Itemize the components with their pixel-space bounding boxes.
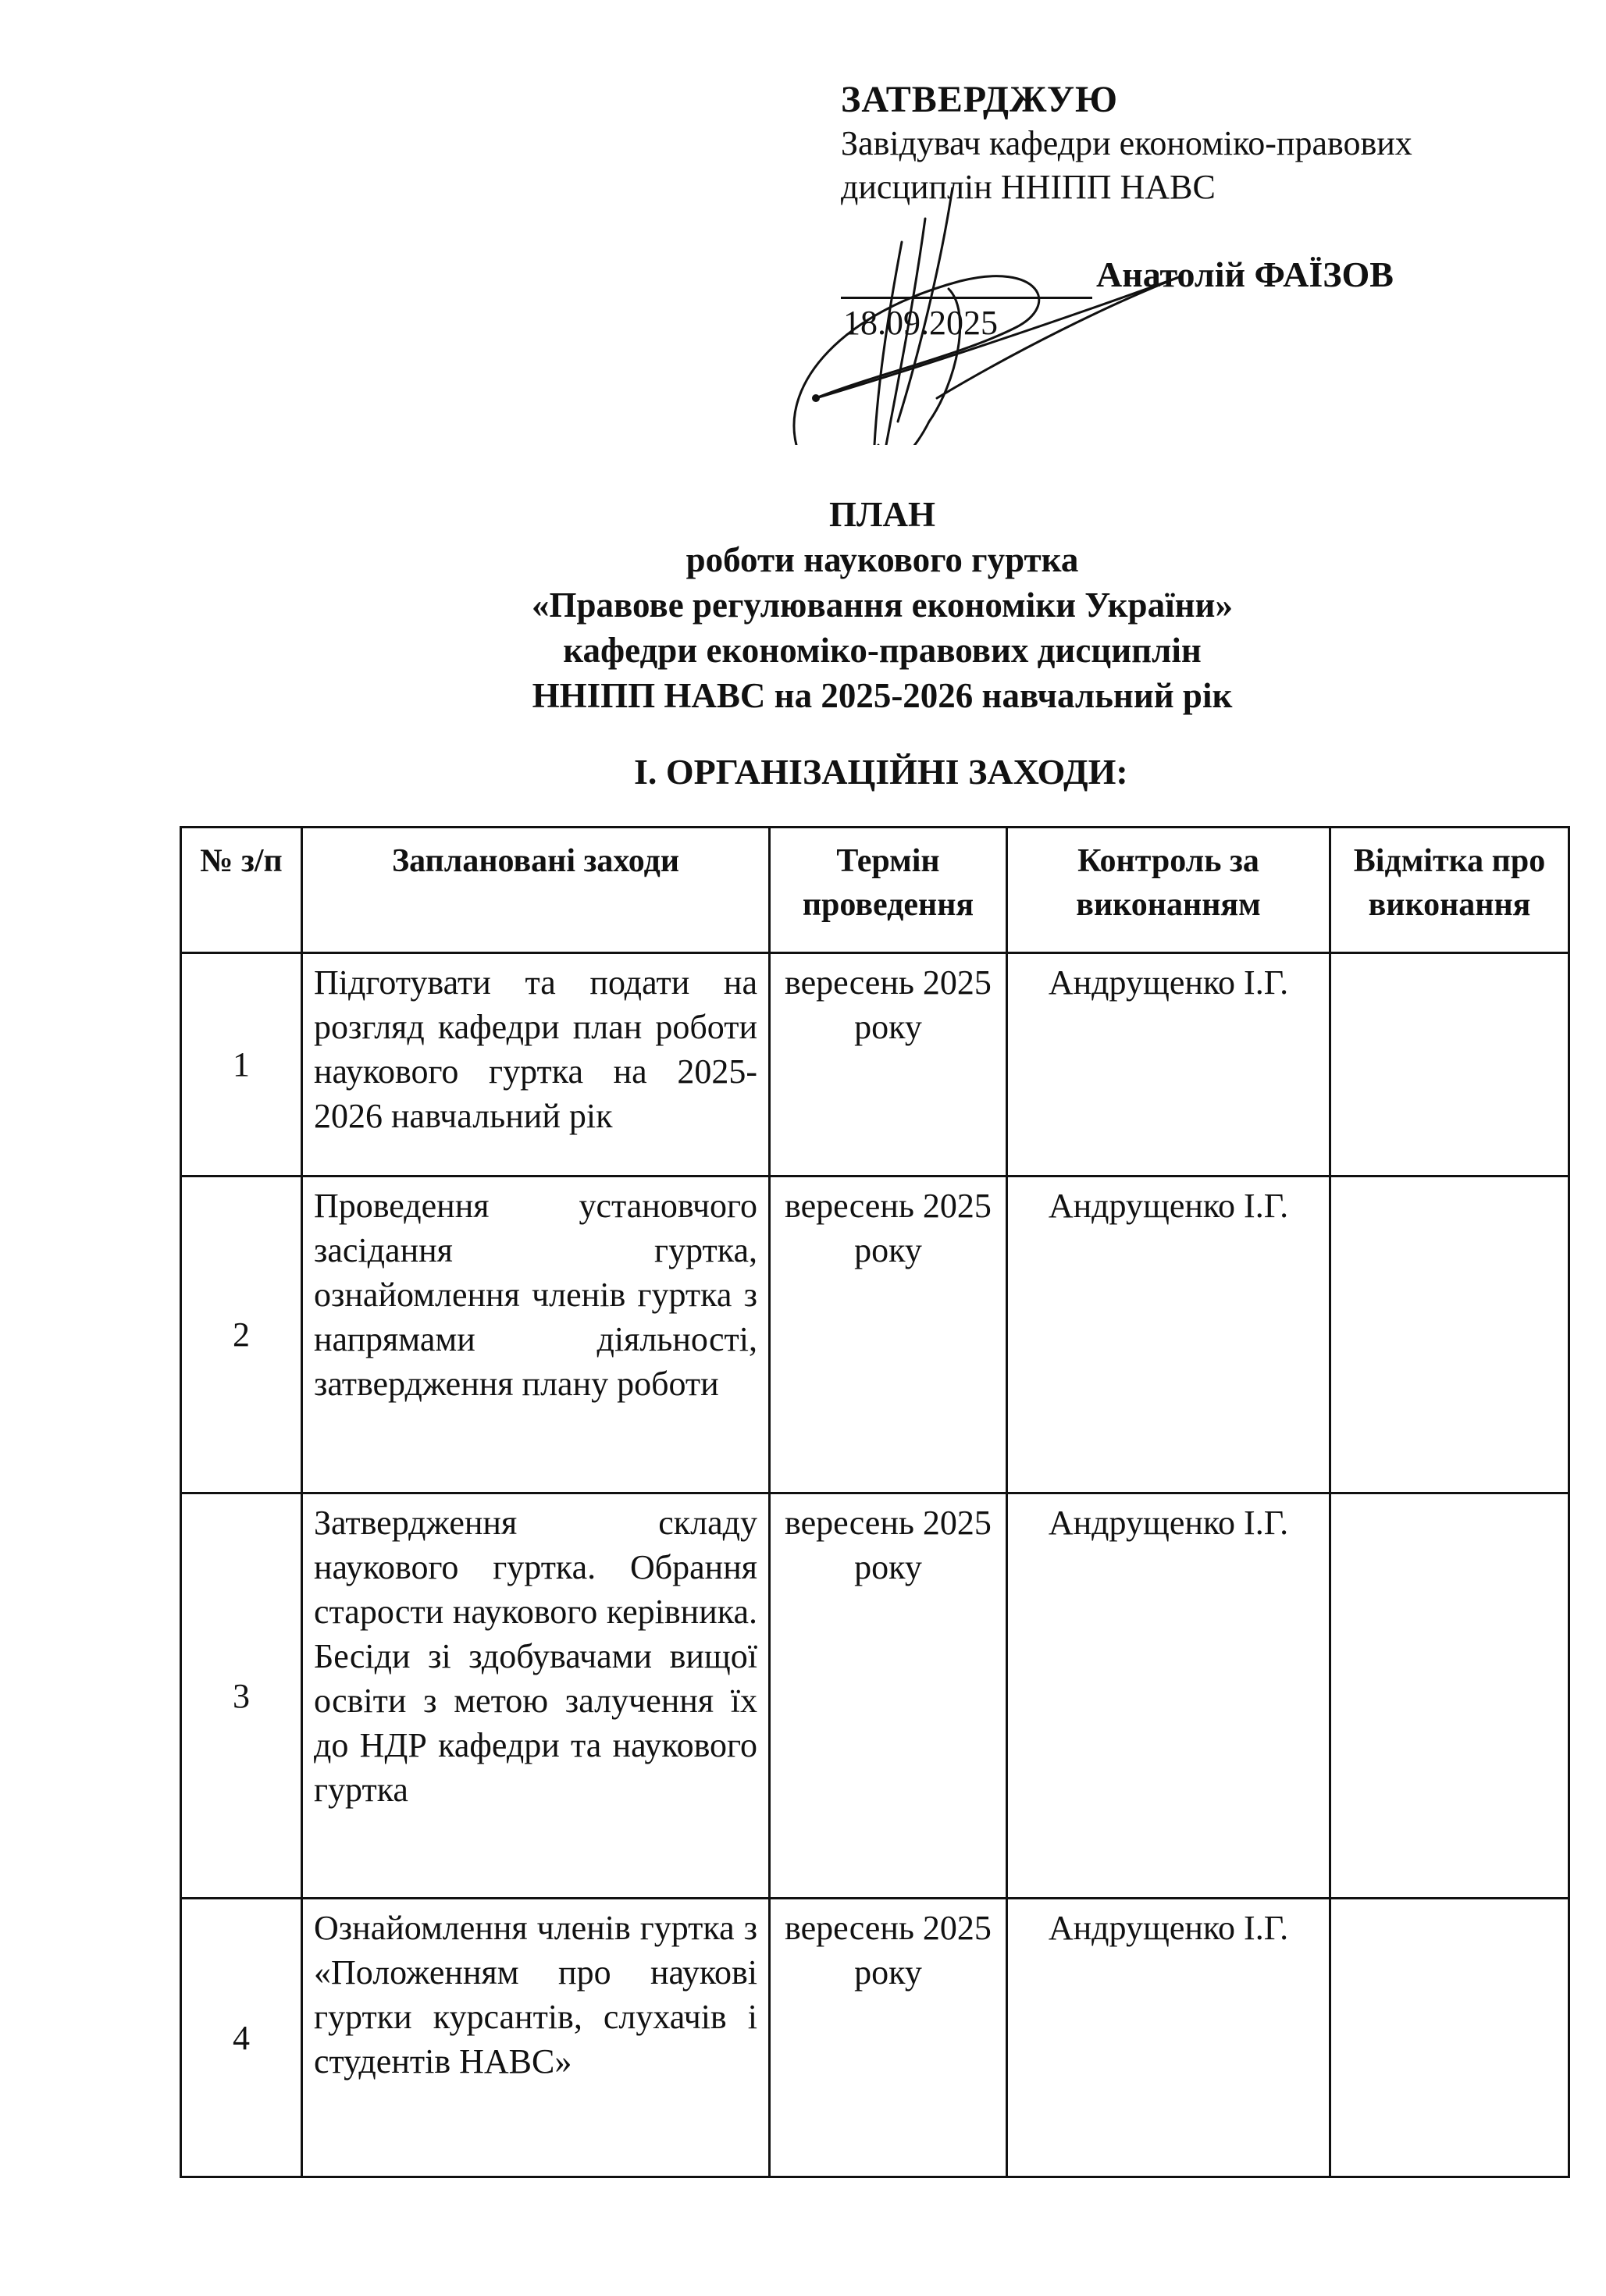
approval-position-line1: Завідувач кафедри економіко-правових bbox=[841, 122, 1412, 166]
title-line-2: роботи наукового гуртка bbox=[156, 537, 1606, 582]
row-num: 1 bbox=[181, 953, 302, 1176]
title-line-5: ННІПП НАВС на 2025-2026 навчальний рік bbox=[156, 673, 1606, 718]
row-mark bbox=[1330, 1176, 1569, 1493]
section-heading: I. ОРГАНІЗАЦІЙНІ ЗАХОДИ: bbox=[634, 751, 1128, 792]
signature-line bbox=[841, 297, 1092, 299]
table-row: 1 Підготувати та подати на розгляд кафед… bbox=[181, 953, 1569, 1176]
header-activity: Заплановані заходи bbox=[302, 828, 770, 953]
row-control: Андрущенко І.Г. bbox=[1007, 953, 1330, 1176]
row-num: 3 bbox=[181, 1493, 302, 1899]
row-mark bbox=[1330, 1493, 1569, 1899]
row-control: Андрущенко І.Г. bbox=[1007, 1493, 1330, 1899]
table-header-row: № з/п Заплановані заходи Термін проведен… bbox=[181, 828, 1569, 953]
header-term: Термін проведення bbox=[770, 828, 1007, 953]
title-line-1: ПЛАН bbox=[156, 492, 1606, 537]
header-mark: Відмітка про виконання bbox=[1330, 828, 1569, 953]
header-num: № з/п bbox=[181, 828, 302, 953]
row-term: вересень 2025 року bbox=[770, 1899, 1007, 2177]
table-row: 3 Затвердження складу наукового гуртка. … bbox=[181, 1493, 1569, 1899]
plan-table: № з/п Заплановані заходи Термін проведен… bbox=[180, 826, 1570, 2178]
header-control: Контроль за виконанням bbox=[1007, 828, 1330, 953]
row-term: вересень 2025 року bbox=[770, 1493, 1007, 1899]
document-title: ПЛАН роботи наукового гуртка «Правове ре… bbox=[156, 492, 1606, 718]
row-activity: Підготувати та подати на розгляд кафедри… bbox=[302, 953, 770, 1176]
approval-date: 18.09.2025 bbox=[843, 303, 998, 343]
row-term: вересень 2025 року bbox=[770, 1176, 1007, 1493]
table-row: 4 Ознайомлення членів гуртка з «Положенн… bbox=[181, 1899, 1569, 2177]
row-num: 4 bbox=[181, 1899, 302, 2177]
title-line-3: «Правове регулювання економіки України» bbox=[156, 582, 1606, 628]
row-activity: Затвердження складу наукового гуртка. Об… bbox=[302, 1493, 770, 1899]
signatory-name: Анатолій ФАЇЗОВ bbox=[1096, 254, 1394, 295]
title-line-4: кафедри економіко-правових дисциплін bbox=[156, 628, 1606, 673]
approval-heading: ЗАТВЕРДЖУЮ bbox=[841, 78, 1412, 122]
table-row: 2 Проведення установчого засідання гуртк… bbox=[181, 1176, 1569, 1493]
row-num: 2 bbox=[181, 1176, 302, 1493]
row-term: вересень 2025 року bbox=[770, 953, 1007, 1176]
row-mark bbox=[1330, 1899, 1569, 2177]
row-mark bbox=[1330, 953, 1569, 1176]
row-activity: Проведення установчого засідання гуртка,… bbox=[302, 1176, 770, 1493]
row-activity: Ознайомлення членів гуртка з «Положенням… bbox=[302, 1899, 770, 2177]
row-control: Андрущенко І.Г. bbox=[1007, 1176, 1330, 1493]
row-control: Андрущенко І.Г. bbox=[1007, 1899, 1330, 2177]
